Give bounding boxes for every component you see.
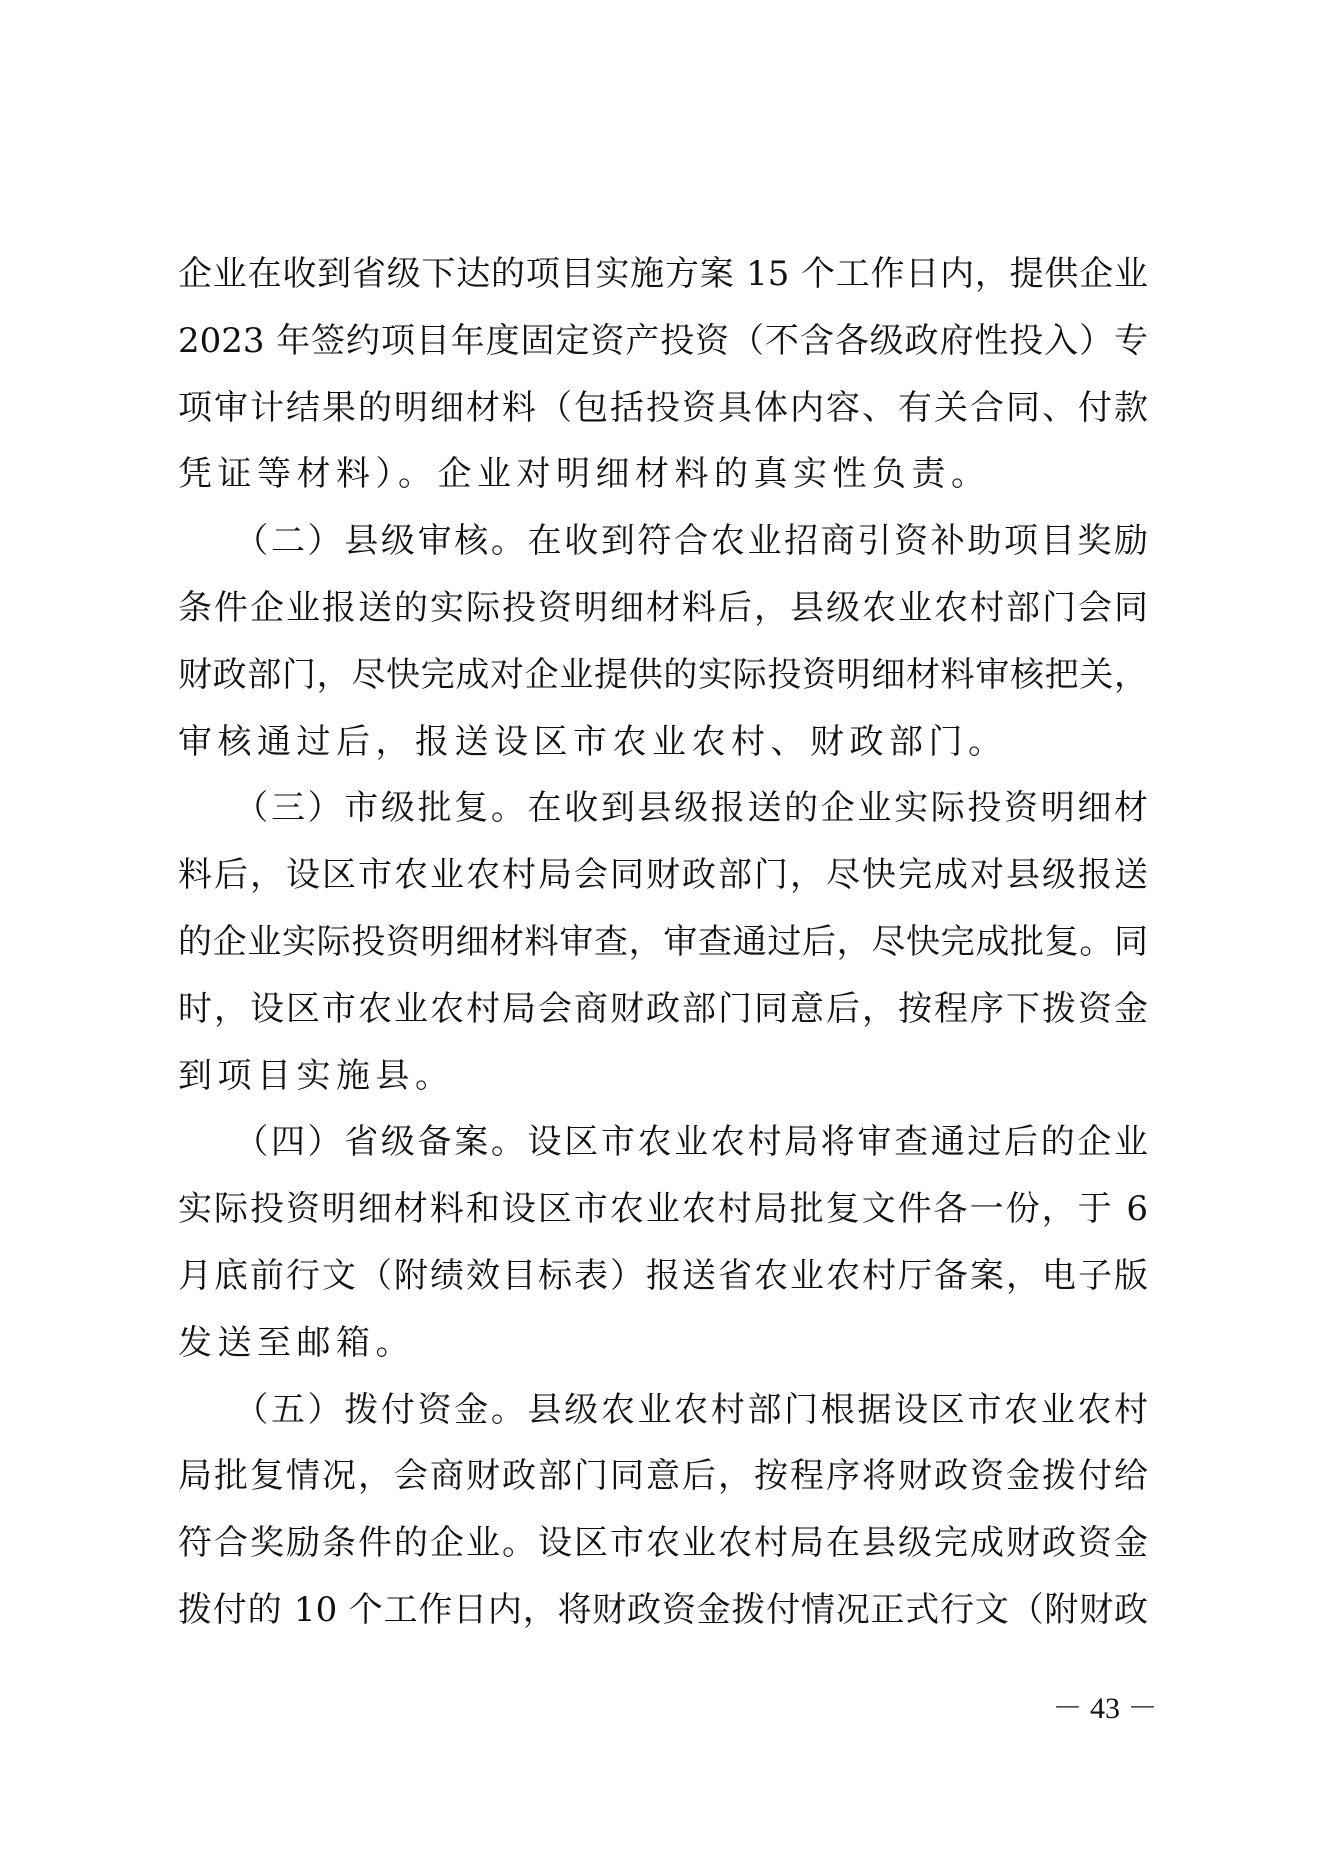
section-heading-line: （三）市级批复。在收到县级报送的企业实际投资明细材 [178, 784, 1148, 851]
body-text: 企业在收到省级下达的项目实施方案 15 个工作日内，提供企业 2023 年签约项… [178, 250, 1148, 1653]
text-line: 项审计结果的明细材料（包括投资具体内容、有关合同、付款 [178, 384, 1148, 451]
section-heading-line: （四）省级备案。设区市农业农村局将审查通过后的企业 [178, 1118, 1148, 1185]
text-line: 到项目实施县。 [178, 1052, 1148, 1119]
text-line: 月底前行文（附绩效目标表）报送省农业农村厅备案，电子版 [178, 1252, 1148, 1319]
text-line: 财政部门，尽快完成对企业提供的实际投资明细材料审核把关， [178, 651, 1148, 718]
text-line: 2023 年签约项目年度固定资产投资（不含各级政府性投入）专 [178, 317, 1148, 384]
text-line: 凭证等材料）。企业对明细材料的真实性负责。 [178, 450, 1148, 517]
section-heading-line: （五）拨付资金。县级农业农村部门根据设区市农业农村 [178, 1386, 1148, 1453]
text-line: 条件企业报送的实际投资明细材料后，县级农业农村部门会同 [178, 584, 1148, 651]
text-line: 企业在收到省级下达的项目实施方案 15 个工作日内，提供企业 [178, 250, 1148, 317]
text-line: 料后，设区市农业农村局会同财政部门，尽快完成对县级报送 [178, 851, 1148, 918]
document-page: 企业在收到省级下达的项目实施方案 15 个工作日内，提供企业 2023 年签约项… [0, 0, 1323, 1871]
text-line: 发送至邮箱。 [178, 1319, 1148, 1386]
text-line: 拨付的 10 个工作日内，将财政资金拨付情况正式行文（附财政 [178, 1586, 1148, 1653]
text-line: 审核通过后，报送设区市农业农村、财政部门。 [178, 718, 1148, 785]
text-line: 局批复情况，会商财政部门同意后，按程序将财政资金拨付给 [178, 1452, 1148, 1519]
section-heading-line: （二）县级审核。在收到符合农业招商引资补助项目奖励 [178, 517, 1148, 584]
page-number: － 43 － [1050, 1683, 1160, 1727]
text-line: 的企业实际投资明细材料审查，审查通过后，尽快完成批复。同 [178, 918, 1148, 985]
text-line: 时，设区市农业农村局会商财政部门同意后，按程序下拨资金 [178, 985, 1148, 1052]
text-line: 实际投资明细材料和设区市农业农村局批复文件各一份，于 6 [178, 1185, 1148, 1252]
text-line: 符合奖励条件的企业。设区市农业农村局在县级完成财政资金 [178, 1519, 1148, 1586]
